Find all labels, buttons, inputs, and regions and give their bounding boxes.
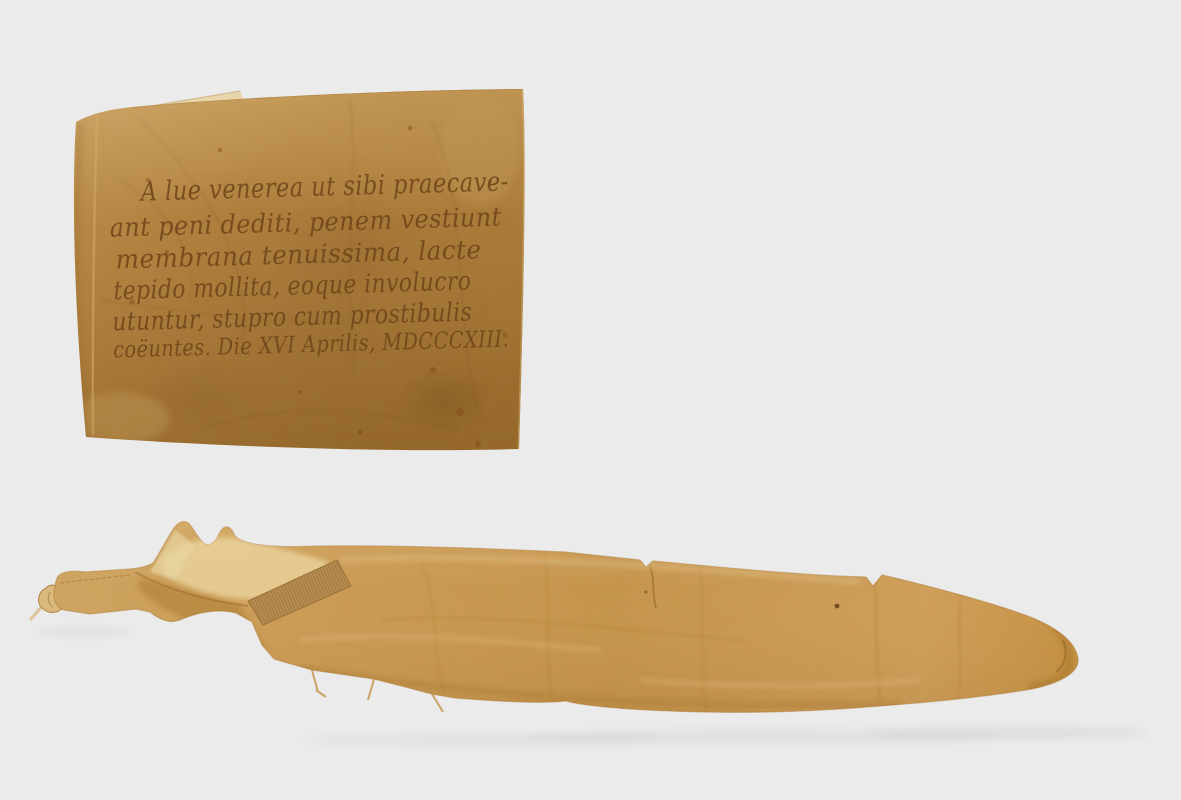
handwritten-paper-wrapper: A lue venerea ut sibi praecave- ant peni… — [55, 80, 590, 490]
latin-inscription: A lue venerea ut sibi praecave- ant peni… — [108, 166, 513, 363]
photo-stage: A lue venerea ut sibi praecave- ant peni… — [0, 0, 1181, 800]
membrane-speck — [835, 604, 840, 609]
paper-stain — [399, 366, 491, 434]
membrane-speck — [645, 591, 648, 594]
photo-canvas: A lue venerea ut sibi praecave- ant peni… — [0, 0, 1181, 800]
